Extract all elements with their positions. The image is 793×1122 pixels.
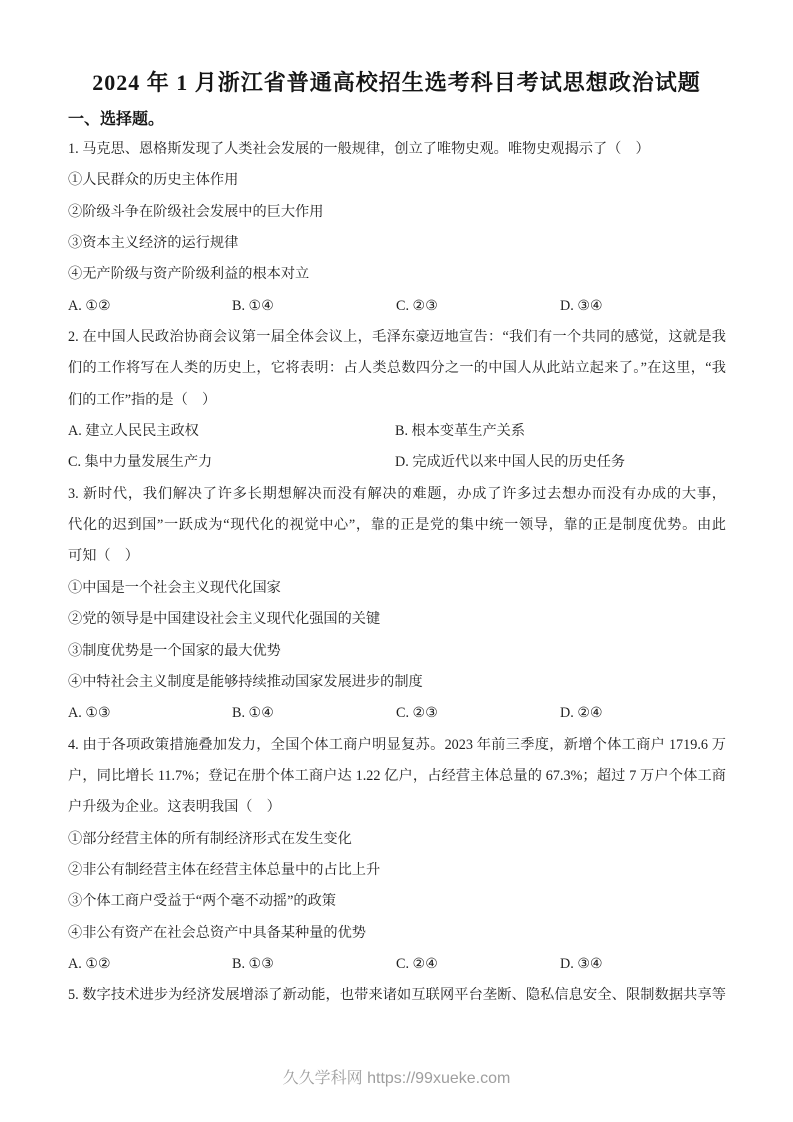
q4-text-line-6: ③个体工商户受益于“两个毫不动摇”的政策 (68, 886, 726, 917)
q3-text-line-4: ①中国是一个社会主义现代化国家 (68, 573, 726, 604)
q4-text-line-3: 户升级为企业。这表明我国（ ） (68, 792, 726, 823)
q5-text-line-1: 5. 数字技术进步为经济发展增添了新动能，也带来诸如互联网平台垄断、隐私信息安全… (68, 980, 726, 1011)
q4-option-c: C. ②④ (396, 949, 560, 980)
q1-text-line-5: ④无产阶级与资产阶级利益的根本对立 (68, 259, 726, 290)
q4-option-a: A. ①② (68, 949, 232, 980)
q2-option-b: B. 根本变革生产关系 (395, 416, 726, 447)
q3-text-line-1: 3. 新时代，我们解决了许多长期想解决而没有解决的难题，办成了许多过去想办而没有… (68, 479, 726, 510)
q3-text-line-2: 代化的迟到国”一跃成为“现代化的视觉中心”，靠的正是党的集中统一领导，靠的正是制… (68, 510, 726, 541)
q3-text-line-6: ③制度优势是一个国家的最大优势 (68, 636, 726, 667)
page-title: 2024 年 1 月浙江省普通高校招生选考科目考试思想政治试题 (0, 68, 793, 98)
q2-option-c: C. 集中力量发展生产力 (68, 447, 395, 478)
q2-text-line-2: 们的工作将写在人类的历史上，它将表明：占人类总数四分之一的中国人从此站立起来了。… (68, 353, 726, 384)
q3-text-line-7: ④中特社会主义制度是能够持续推动国家发展进步的制度 (68, 667, 726, 698)
footer-watermark: 久久学科网 https://99xueke.com (0, 1068, 793, 1090)
q2-text-line-1: 2. 在中国人民政治协商会议第一届全体会议上，毛泽东豪迈地宣告：“我们有一个共同… (68, 322, 726, 353)
q4-text-line-7: ④非公有资产在社会总资产中具备某种量的优势 (68, 918, 726, 949)
q4-text-line-5: ②非公有制经营主体在经营主体总量中的占比上升 (68, 855, 726, 886)
q3-option-d: D. ②④ (560, 698, 726, 729)
question-area: 1. 马克思、恩格斯发现了人类社会发展的一般规律，创立了唯物史观。唯物史观揭示了… (68, 134, 726, 1012)
q4-options-row: A. ①②B. ①③C. ②④D. ③④ (68, 949, 726, 980)
q1-option-b: B. ①④ (232, 291, 396, 322)
q1-option-a: A. ①② (68, 291, 232, 322)
q3-option-a: A. ①③ (68, 698, 232, 729)
q1-text-line-1: 1. 马克思、恩格斯发现了人类社会发展的一般规律，创立了唯物史观。唯物史观揭示了… (68, 134, 726, 165)
q3-option-b: B. ①④ (232, 698, 396, 729)
q3-text-line-5: ②党的领导是中国建设社会主义现代化强国的关键 (68, 604, 726, 635)
section-heading: 一、选择题。 (68, 107, 164, 133)
q1-options-row: A. ①②B. ①④C. ②③D. ③④ (68, 291, 726, 322)
q2-options-row: C. 集中力量发展生产力D. 完成近代以来中国人民的历史任务 (68, 447, 726, 478)
exam-page: 2024 年 1 月浙江省普通高校招生选考科目考试思想政治试题 一、选择题。 1… (0, 0, 793, 1122)
q2-option-a: A. 建立人民民主政权 (68, 416, 395, 447)
q1-option-d: D. ③④ (560, 291, 726, 322)
q1-option-c: C. ②③ (396, 291, 560, 322)
q2-options-row: A. 建立人民民主政权B. 根本变革生产关系 (68, 416, 726, 447)
q3-options-row: A. ①③B. ①④C. ②③D. ②④ (68, 698, 726, 729)
q3-option-c: C. ②③ (396, 698, 560, 729)
q4-option-d: D. ③④ (560, 949, 726, 980)
q3-text-line-3: 可知（ ） (68, 541, 726, 572)
q1-text-line-4: ③资本主义经济的运行规律 (68, 228, 726, 259)
q2-text-line-3: 们的工作”指的是（ ） (68, 385, 726, 416)
q4-text-line-1: 4. 由于各项政策措施叠加发力，全国个体工商户明显复苏。2023 年前三季度，新… (68, 730, 726, 761)
q4-option-b: B. ①③ (232, 949, 396, 980)
q4-text-line-4: ①部分经营主体的所有制经济形式在发生变化 (68, 824, 726, 855)
q1-text-line-2: ①人民群众的历史主体作用 (68, 165, 726, 196)
q2-option-d: D. 完成近代以来中国人民的历史任务 (395, 447, 726, 478)
q1-text-line-3: ②阶级斗争在阶级社会发展中的巨大作用 (68, 197, 726, 228)
q4-text-line-2: 户，同比增长 11.7%；登记在册个体工商户达 1.22 亿户，占经营主体总量的… (68, 761, 726, 792)
